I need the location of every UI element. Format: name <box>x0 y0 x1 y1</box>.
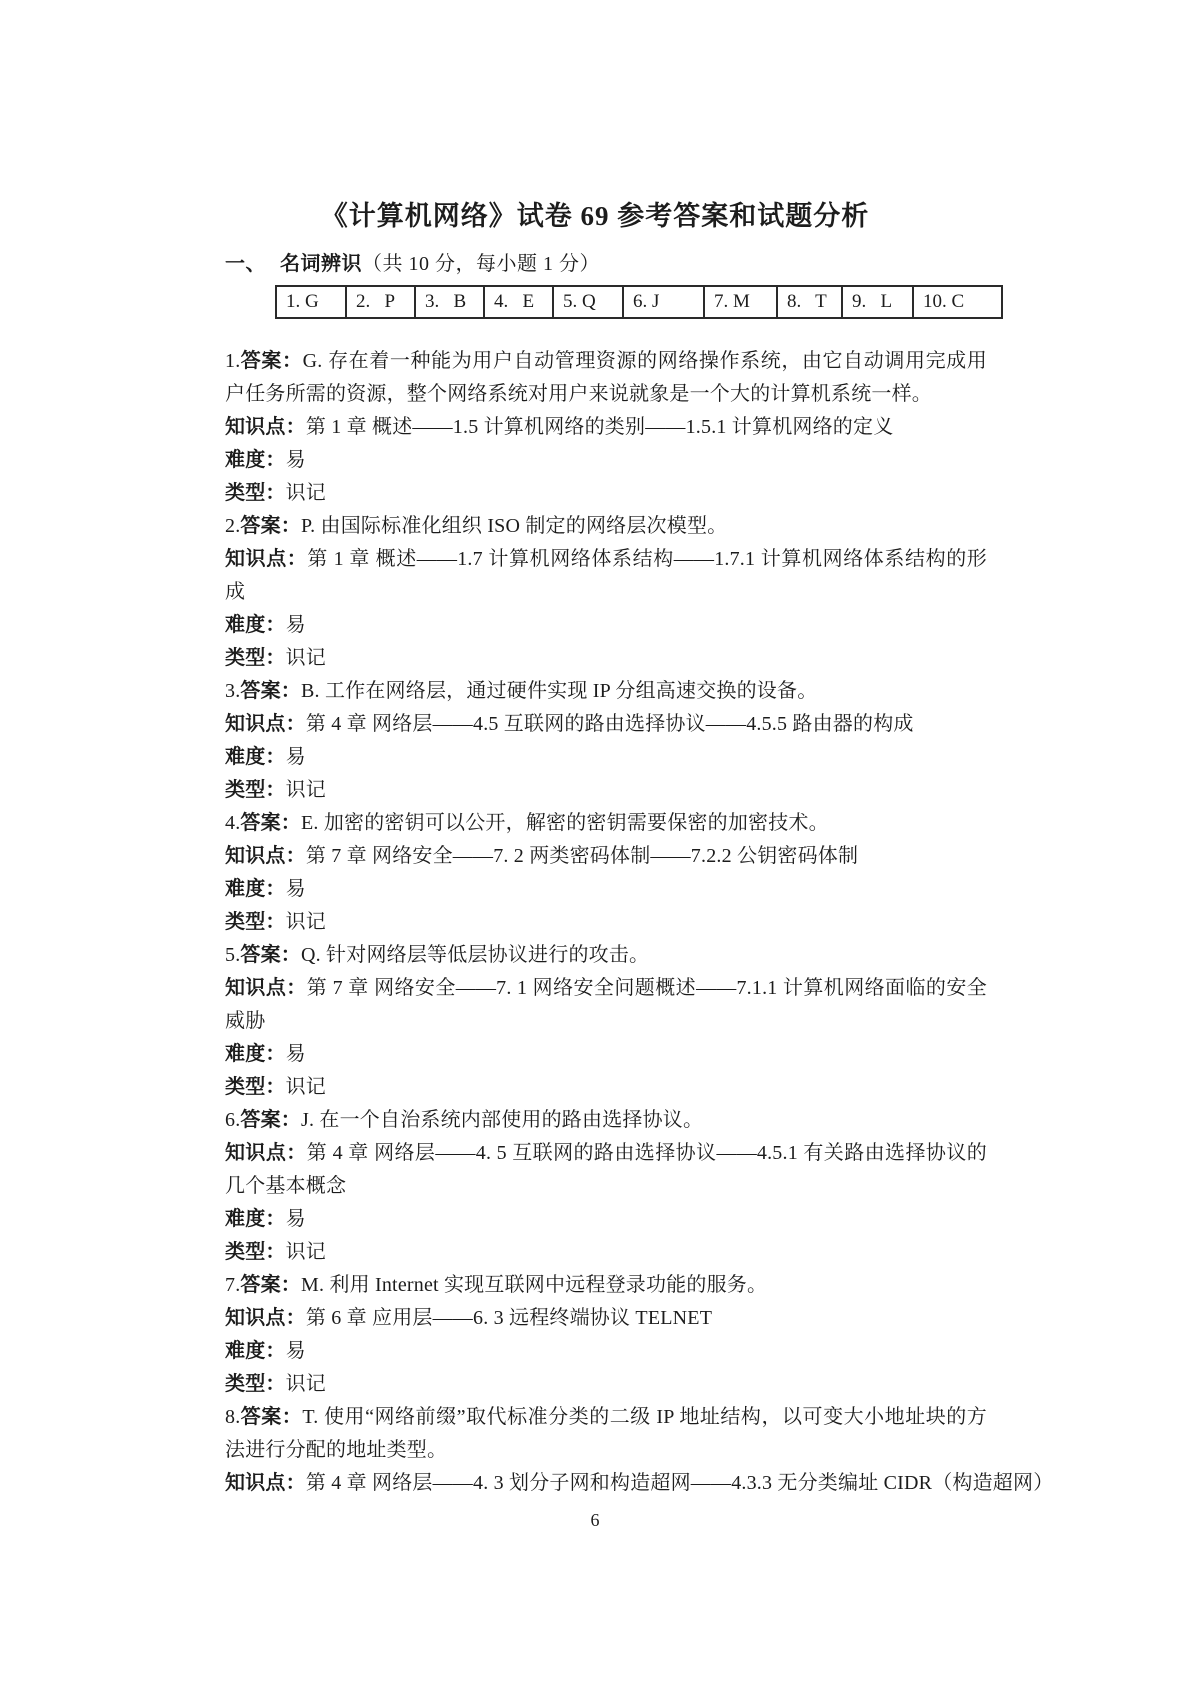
difficulty-label: 难度： <box>225 1340 286 1362</box>
type-value: 识记 <box>286 911 326 933</box>
knowledge-point-text: 第 1 章 概述——1.7 计算机网络体系结构——1.7.1 计算机网络体系结构… <box>225 548 987 603</box>
answer-key-cell: 10. C <box>914 287 1001 317</box>
qa-item: 2.答案：P. 由国际标准化组织 ISO 制定的网络层次模型。 知识点：第 1 … <box>225 510 987 675</box>
answer-text: B. 工作在网络层，通过硬件实现 IP 分组高速交换的设备。 <box>301 680 817 702</box>
difficulty-line: 难度：易 <box>225 873 987 906</box>
answer-key-cell: 7. M <box>705 287 778 317</box>
difficulty-label: 难度： <box>225 1043 286 1065</box>
qa-item: 8.答案：T. 使用“网络前缀”取代标准分类的二级 IP 地址结构，以可变大小地… <box>225 1401 987 1500</box>
difficulty-label: 难度： <box>225 746 286 768</box>
answer-text: M. 利用 Internet 实现互联网中远程登录功能的服务。 <box>301 1274 767 1296</box>
difficulty-value: 易 <box>286 878 306 900</box>
item-number: 1. <box>225 350 240 372</box>
knowledge-point-label: 知识点： <box>225 416 306 438</box>
knowledge-point-line: 知识点：第 7 章 网络安全——7. 2 两类密码体制——7.2.2 公钥密码体… <box>225 840 987 873</box>
section-heading: 一、名词辨识（共 10 分，每小题 1 分） <box>225 251 1190 277</box>
knowledge-point-text: 第 1 章 概述——1.5 计算机网络的类别——1.5.1 计算机网络的定义 <box>306 416 894 438</box>
difficulty-value: 易 <box>286 1043 306 1065</box>
page-number: 6 <box>0 1508 1190 1532</box>
answer-text: P. 由国际标准化组织 ISO 制定的网络层次模型。 <box>301 515 727 537</box>
knowledge-point-label: 知识点： <box>225 1307 306 1329</box>
type-label: 类型： <box>225 779 286 801</box>
difficulty-value: 易 <box>286 614 306 636</box>
type-line: 类型：识记 <box>225 477 987 510</box>
type-label: 类型： <box>225 647 286 669</box>
item-number: 7. <box>225 1274 240 1296</box>
answer-text: Q. 针对网络层等低层协议进行的攻击。 <box>301 944 649 966</box>
answer-label: 答案： <box>240 944 301 966</box>
knowledge-point-line: 知识点：第 4 章 网络层——4. 3 划分子网和构造超网——4.3.3 无分类… <box>225 1467 987 1500</box>
knowledge-point-label: 知识点： <box>225 1472 306 1494</box>
type-value: 识记 <box>286 647 326 669</box>
type-label: 类型： <box>225 911 286 933</box>
item-number: 4. <box>225 812 240 834</box>
knowledge-point-label: 知识点： <box>225 1142 307 1164</box>
difficulty-line: 难度：易 <box>225 1335 987 1368</box>
qa-item: 6.答案：J. 在一个自治系统内部使用的路由选择协议。 知识点：第 4 章 网络… <box>225 1104 987 1269</box>
answer-line: 5.答案：Q. 针对网络层等低层协议进行的攻击。 <box>225 939 987 972</box>
section-number: 一、 <box>225 253 266 275</box>
item-number: 8. <box>225 1406 240 1428</box>
answer-key-cell: 9. L <box>843 287 914 317</box>
answer-key-cell: 1. G <box>277 287 347 317</box>
answer-label: 答案： <box>240 1109 301 1131</box>
knowledge-point-line: 知识点：第 1 章 概述——1.7 计算机网络体系结构——1.7.1 计算机网络… <box>225 543 987 609</box>
answer-key-cell: 3. B <box>416 287 485 317</box>
answer-label: 答案： <box>240 515 301 537</box>
answer-line: 2.答案：P. 由国际标准化组织 ISO 制定的网络层次模型。 <box>225 510 987 543</box>
difficulty-value: 易 <box>286 449 306 471</box>
type-value: 识记 <box>286 1373 326 1395</box>
knowledge-point-line: 知识点：第 6 章 应用层——6. 3 远程终端协议 TELNET <box>225 1302 987 1335</box>
difficulty-line: 难度：易 <box>225 1038 987 1071</box>
type-line: 类型：识记 <box>225 774 987 807</box>
difficulty-label: 难度： <box>225 449 286 471</box>
type-value: 识记 <box>286 482 326 504</box>
document-title: 《计算机网络》试卷 69 参考答案和试题分析 <box>0 196 1190 236</box>
type-line: 类型：识记 <box>225 1071 987 1104</box>
item-number: 2. <box>225 515 240 537</box>
type-label: 类型： <box>225 482 286 504</box>
type-label: 类型： <box>225 1373 286 1395</box>
section-note: （共 10 分，每小题 1 分） <box>362 253 600 275</box>
knowledge-point-label: 知识点： <box>225 713 306 735</box>
difficulty-value: 易 <box>286 1340 306 1362</box>
item-number: 3. <box>225 680 240 702</box>
knowledge-point-text: 第 4 章 网络层——4. 5 互联网的路由选择协议——4.5.1 有关路由选择… <box>225 1142 987 1197</box>
knowledge-point-text: 第 6 章 应用层——6. 3 远程终端协议 TELNET <box>306 1307 712 1329</box>
knowledge-point-line: 知识点：第 7 章 网络安全——7. 1 网络安全问题概述——7.1.1 计算机… <box>225 972 987 1038</box>
item-number: 5. <box>225 944 240 966</box>
type-value: 识记 <box>286 1076 326 1098</box>
answer-label: 答案： <box>240 350 302 372</box>
knowledge-point-text: 第 4 章 网络层——4.5 互联网的路由选择协议——4.5.5 路由器的构成 <box>306 713 914 735</box>
knowledge-point-label: 知识点： <box>225 845 306 867</box>
answer-key-cell: 6. J <box>624 287 705 317</box>
answer-key-cell: 2. P <box>347 287 416 317</box>
answer-key-cell: 4. E <box>485 287 554 317</box>
answer-text: J. 在一个自治系统内部使用的路由选择协议。 <box>301 1109 703 1131</box>
difficulty-line: 难度：易 <box>225 444 987 477</box>
type-label: 类型： <box>225 1076 286 1098</box>
answer-text: T. 使用“网络前缀”取代标准分类的二级 IP 地址结构，以可变大小地址块的方法… <box>225 1406 987 1461</box>
answer-line: 6.答案：J. 在一个自治系统内部使用的路由选择协议。 <box>225 1104 987 1137</box>
qa-item: 4.答案：E. 加密的密钥可以公开，解密的密钥需要保密的加密技术。 知识点：第 … <box>225 807 987 939</box>
answer-label: 答案： <box>240 680 301 702</box>
knowledge-point-line: 知识点：第 4 章 网络层——4.5 互联网的路由选择协议——4.5.5 路由器… <box>225 708 987 741</box>
document-page: 《计算机网络》试卷 69 参考答案和试题分析 一、名词辨识（共 10 分，每小题… <box>0 0 1190 1683</box>
difficulty-label: 难度： <box>225 1208 286 1230</box>
qa-item: 1.答案：G. 存在着一种能为用户自动管理资源的网络操作系统，由它自动调用完成用… <box>225 345 987 510</box>
knowledge-point-label: 知识点： <box>225 977 307 999</box>
difficulty-line: 难度：易 <box>225 741 987 774</box>
qa-item: 5.答案：Q. 针对网络层等低层协议进行的攻击。 知识点：第 7 章 网络安全—… <box>225 939 987 1104</box>
item-number: 6. <box>225 1109 240 1131</box>
knowledge-point-text: 第 7 章 网络安全——7. 2 两类密码体制——7.2.2 公钥密码体制 <box>306 845 858 867</box>
knowledge-point-label: 知识点： <box>225 548 307 570</box>
answer-line: 3.答案：B. 工作在网络层，通过硬件实现 IP 分组高速交换的设备。 <box>225 675 987 708</box>
knowledge-point-line: 知识点：第 4 章 网络层——4. 5 互联网的路由选择协议——4.5.1 有关… <box>225 1137 987 1203</box>
answer-key-cell: 8. T <box>778 287 843 317</box>
qa-item: 7.答案：M. 利用 Internet 实现互联网中远程登录功能的服务。 知识点… <box>225 1269 987 1401</box>
answer-label: 答案： <box>240 812 301 834</box>
difficulty-label: 难度： <box>225 878 286 900</box>
difficulty-label: 难度： <box>225 614 286 636</box>
type-line: 类型：识记 <box>225 1236 987 1269</box>
answer-text: G. 存在着一种能为用户自动管理资源的网络操作系统，由它自动调用完成用户任务所需… <box>225 350 987 405</box>
section-title: 名词辨识 <box>280 253 362 275</box>
type-value: 识记 <box>286 779 326 801</box>
answer-line: 8.答案：T. 使用“网络前缀”取代标准分类的二级 IP 地址结构，以可变大小地… <box>225 1401 987 1467</box>
type-line: 类型：识记 <box>225 1368 987 1401</box>
answer-line: 1.答案：G. 存在着一种能为用户自动管理资源的网络操作系统，由它自动调用完成用… <box>225 345 987 411</box>
answer-label: 答案： <box>240 1274 301 1296</box>
answer-key-cell: 5. Q <box>554 287 624 317</box>
answer-line: 4.答案：E. 加密的密钥可以公开，解密的密钥需要保密的加密技术。 <box>225 807 987 840</box>
answer-label: 答案： <box>240 1406 302 1428</box>
knowledge-point-text: 第 4 章 网络层——4. 3 划分子网和构造超网——4.3.3 无分类编址 C… <box>306 1472 1054 1494</box>
difficulty-line: 难度：易 <box>225 609 987 642</box>
answers-body: 1.答案：G. 存在着一种能为用户自动管理资源的网络操作系统，由它自动调用完成用… <box>225 345 987 1500</box>
type-line: 类型：识记 <box>225 906 987 939</box>
type-label: 类型： <box>225 1241 286 1263</box>
answer-line: 7.答案：M. 利用 Internet 实现互联网中远程登录功能的服务。 <box>225 1269 987 1302</box>
type-line: 类型：识记 <box>225 642 987 675</box>
knowledge-point-line: 知识点：第 1 章 概述——1.5 计算机网络的类别——1.5.1 计算机网络的… <box>225 411 987 444</box>
answer-key-table: 1. G 2. P 3. B 4. E 5. Q 6. J 7. M 8. T … <box>275 285 1003 319</box>
type-value: 识记 <box>286 1241 326 1263</box>
answer-text: E. 加密的密钥可以公开，解密的密钥需要保密的加密技术。 <box>301 812 829 834</box>
difficulty-value: 易 <box>286 746 306 768</box>
knowledge-point-text: 第 7 章 网络安全——7. 1 网络安全问题概述——7.1.1 计算机网络面临… <box>225 977 987 1032</box>
difficulty-line: 难度：易 <box>225 1203 987 1236</box>
difficulty-value: 易 <box>286 1208 306 1230</box>
qa-item: 3.答案：B. 工作在网络层，通过硬件实现 IP 分组高速交换的设备。 知识点：… <box>225 675 987 807</box>
